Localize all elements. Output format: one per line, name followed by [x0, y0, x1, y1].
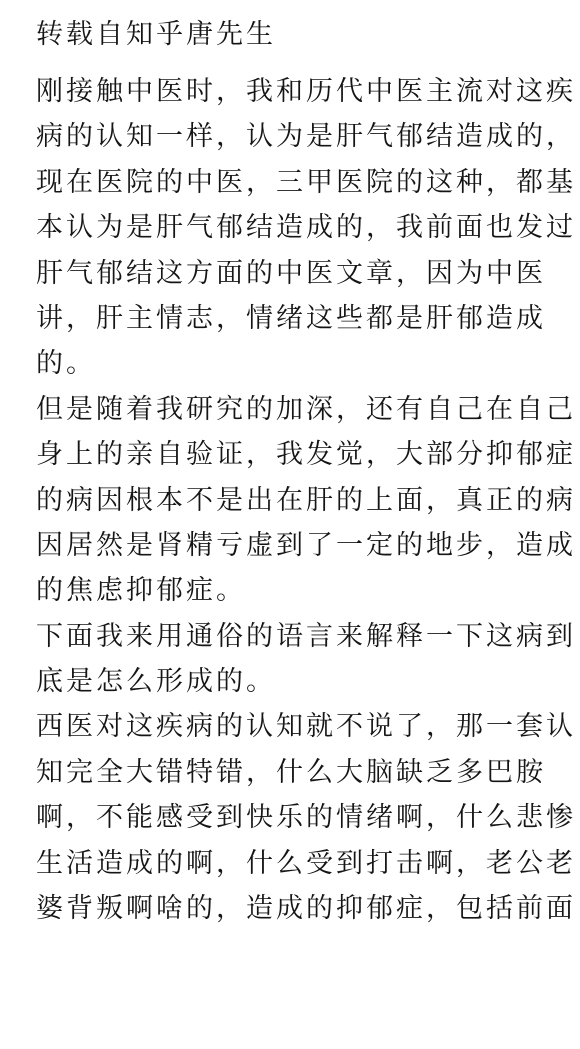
- text-line: 现在医院的中医，三甲医院的这种，都基: [36, 160, 556, 205]
- handwritten-document: 转载自知乎唐先生 刚接触中医时，我和历代中医主流对这疾 病的认知一样，认为是肝气…: [36, 14, 556, 931]
- text-line: 本认为是肝气郁结造成的，我前面也发过: [36, 205, 556, 250]
- text-line: 的焦虑抑郁症。: [36, 568, 556, 613]
- text-line: 西医对这疾病的认知就不说了，那一套认: [36, 704, 556, 749]
- text-line: 生活造成的啊，什么受到打击啊，老公老: [36, 841, 556, 886]
- text-line: 婆背叛啊啥的，造成的抑郁症，包括前面: [36, 886, 556, 931]
- text-line: 病的认知一样，认为是肝气郁结造成的，: [36, 114, 556, 159]
- text-line: 但是随着我研究的加深，还有自己在自己: [36, 387, 556, 432]
- text-line: 下面我来用通俗的语言来解释一下这病到: [36, 614, 556, 659]
- text-line: 因居然是肾精亏虚到了一定的地步，造成: [36, 523, 556, 568]
- text-line: 知完全大错特错，什么大脑缺乏多巴胺: [36, 750, 556, 795]
- text-line: 啊，不能感受到快乐的情绪啊，什么悲惨: [36, 795, 556, 840]
- text-line: 讲，肝主情志，情绪这些都是肝郁造成: [36, 296, 556, 341]
- text-line: 刚接触中医时，我和历代中医主流对这疾: [36, 69, 556, 114]
- text-line: 肝气郁结这方面的中医文章，因为中医: [36, 251, 556, 296]
- document-title: 转载自知乎唐先生: [36, 14, 556, 69]
- text-line: 底是怎么形成的。: [36, 659, 556, 704]
- text-line: 的病因根本不是出在肝的上面，真正的病: [36, 478, 556, 523]
- text-line: 的。: [36, 341, 556, 386]
- text-line: 身上的亲自验证，我发觉，大部分抑郁症: [36, 432, 556, 477]
